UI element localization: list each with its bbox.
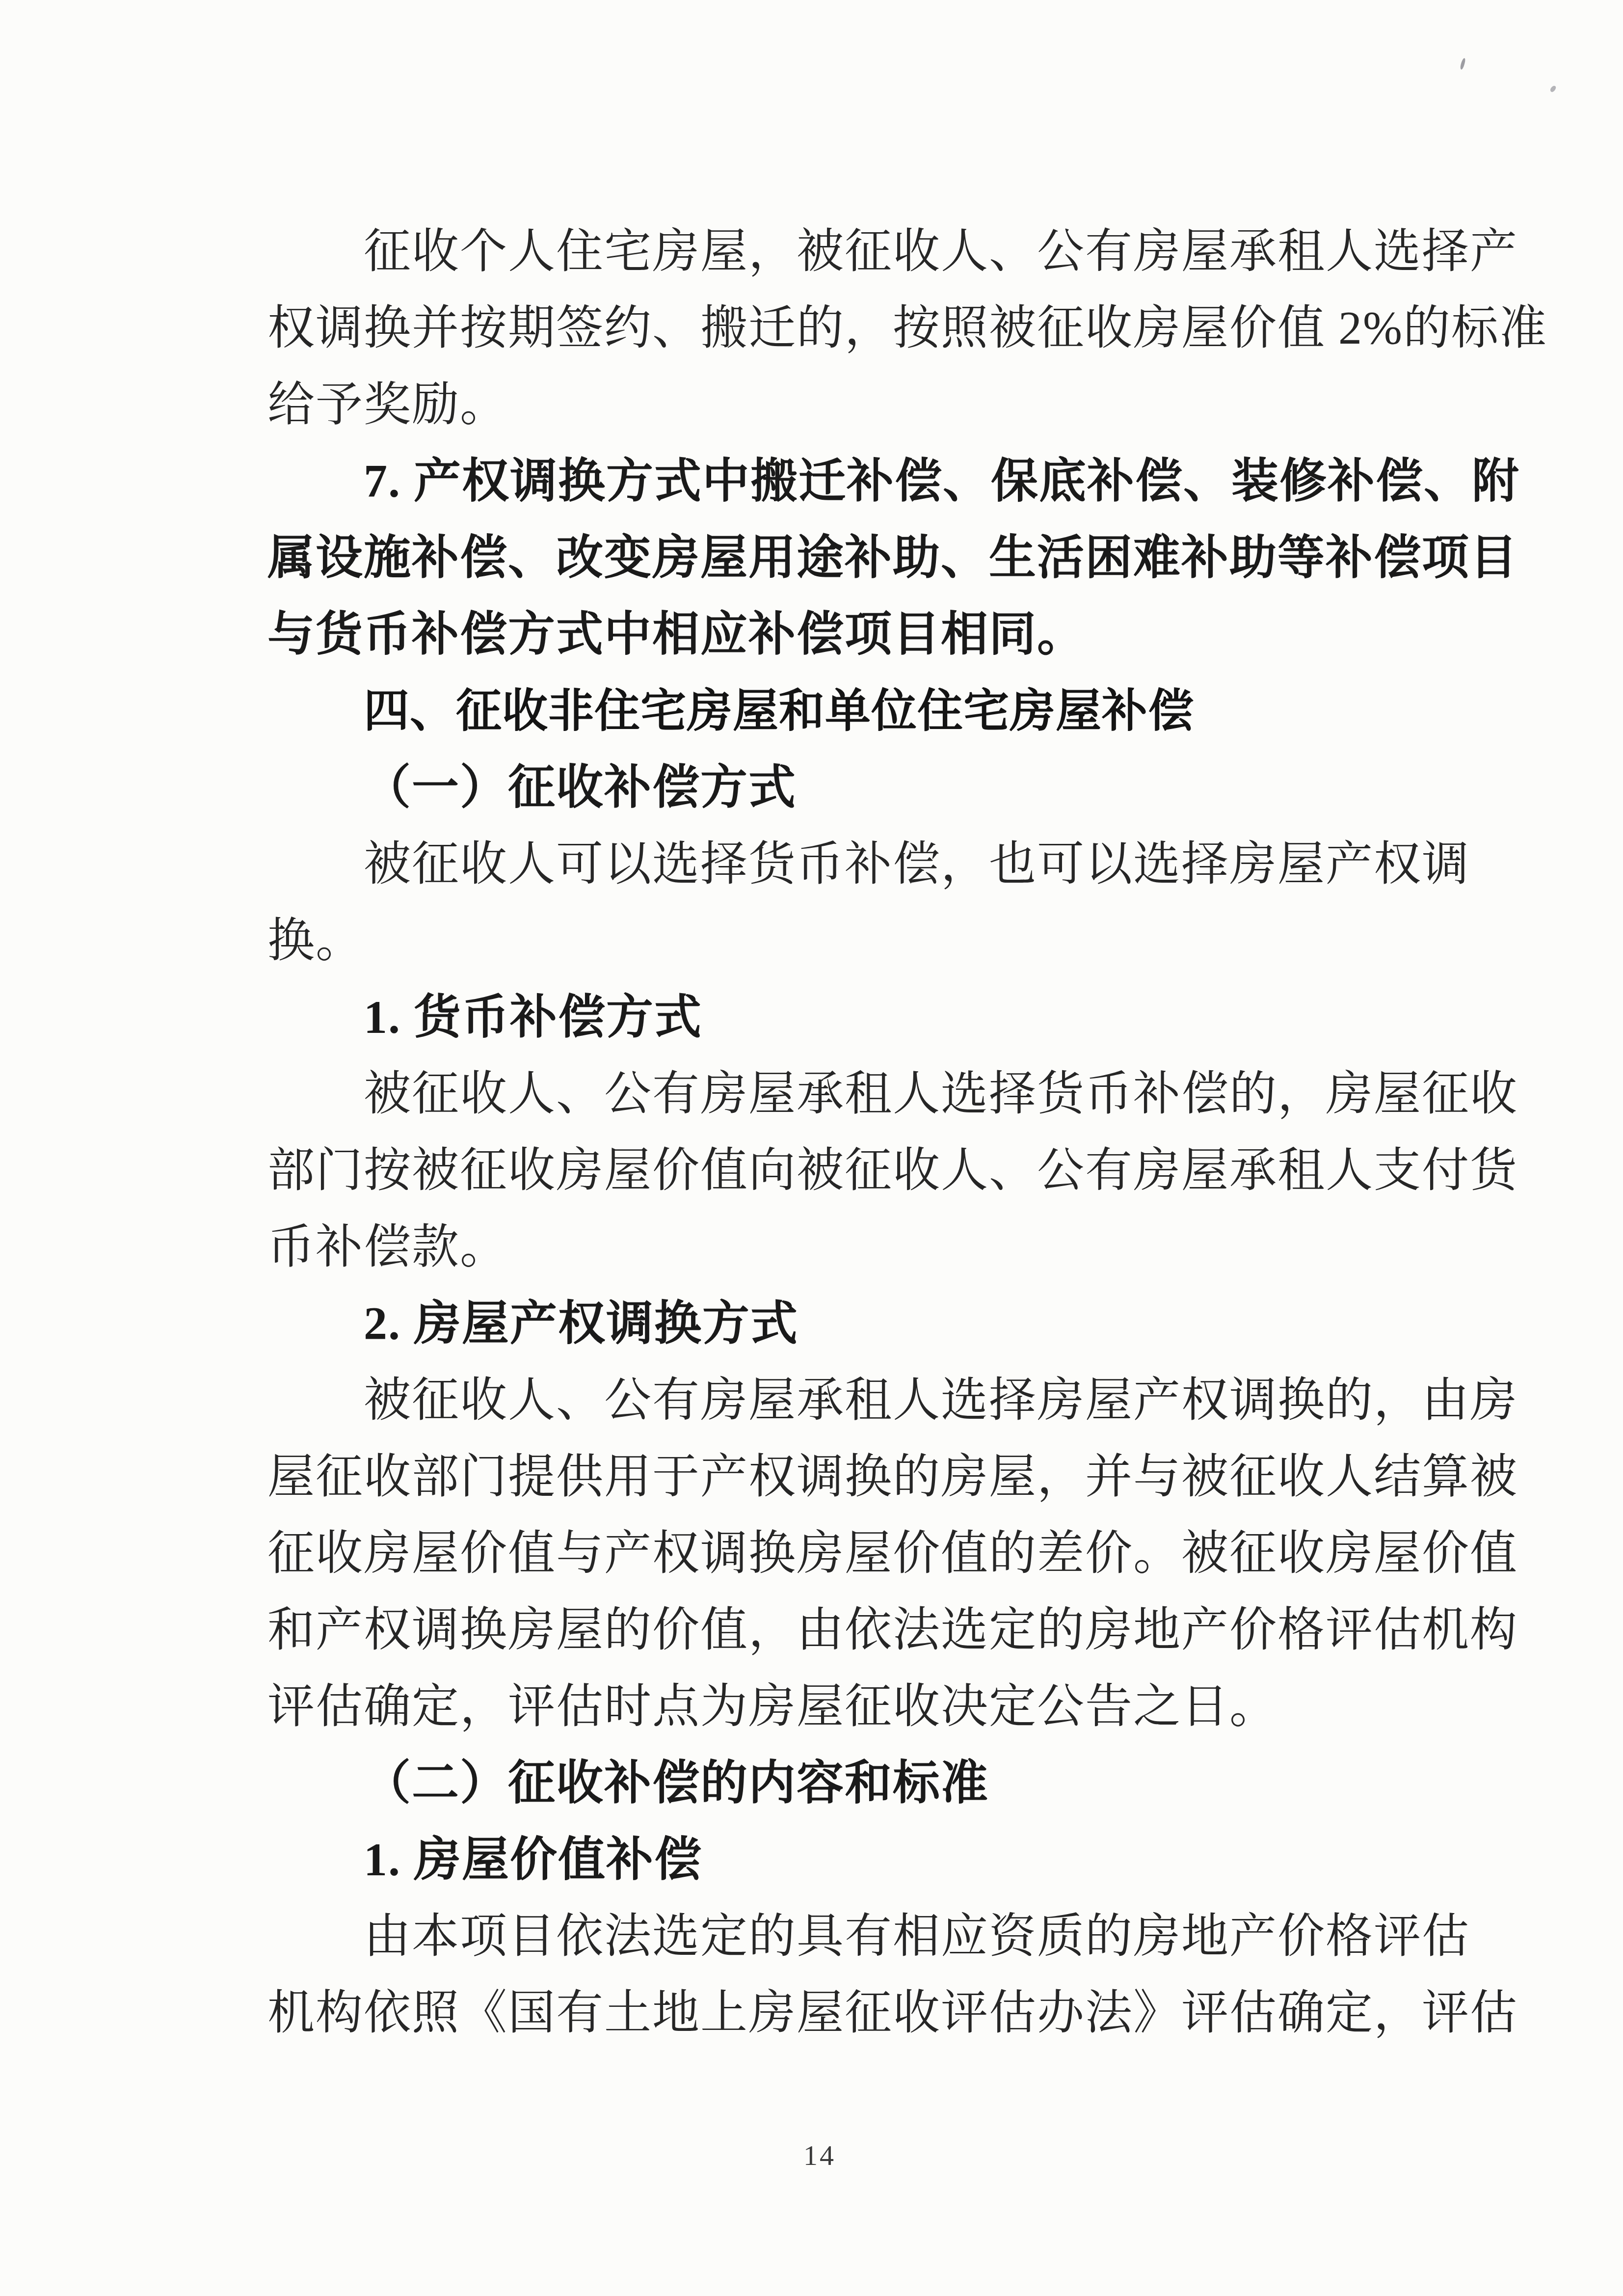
paragraph-line-bold: 7. 产权调换方式中搬迁补偿、保底补偿、装修补偿、附: [267, 443, 1436, 519]
paragraph-line: 被征收人、公有房屋承租人选择货币补偿的，房屋征收: [267, 1055, 1436, 1132]
paragraph-line: 机构依照《国有土地上房屋征收评估办法》评估确定，评估: [267, 1974, 1436, 2051]
sub-heading: （一）征收补偿方式: [267, 749, 1436, 826]
document-body: 征收个人住宅房屋，被征收人、公有房屋承租人选择产 权调换并按期签约、搬迁的，按照…: [267, 213, 1436, 2051]
paragraph-line: 征收个人住宅房屋，被征收人、公有房屋承租人选择产: [267, 213, 1436, 290]
paragraph-line: 换。: [267, 902, 1436, 979]
paragraph-line: 由本项目依法选定的具有相应资质的房地产价格评估: [267, 1898, 1436, 1974]
paragraph-line: 给予奖励。: [267, 366, 1436, 443]
paragraph-line: 权调换并按期签约、搬迁的，按照被征收房屋价值 2%的标准: [267, 290, 1436, 366]
section-heading: 四、征收非住宅房屋和单位住宅房屋补偿: [267, 673, 1436, 749]
numbered-heading: 1. 房屋价值补偿: [267, 1821, 1436, 1898]
paragraph-line: 被征收人可以选择货币补偿，也可以选择房屋产权调: [267, 826, 1436, 902]
document-page: 征收个人住宅房屋，被征收人、公有房屋承租人选择产 权调换并按期签约、搬迁的，按照…: [0, 0, 1623, 2296]
paragraph-line: 被征收人、公有房屋承租人选择房屋产权调换的，由房: [267, 1362, 1436, 1438]
paragraph-line: 评估确定，评估时点为房屋征收决定公告之日。: [267, 1668, 1436, 1745]
numbered-heading: 2. 房屋产权调换方式: [267, 1285, 1436, 1362]
paragraph-line-bold: 与货币补偿方式中相应补偿项目相同。: [267, 596, 1436, 673]
paragraph-line: 征收房屋价值与产权调换房屋价值的差价。被征收房屋价值: [267, 1515, 1436, 1592]
paragraph-line: 屋征收部门提供用于产权调换的房屋，并与被征收人结算被: [267, 1438, 1436, 1515]
numbered-heading: 1. 货币补偿方式: [267, 979, 1436, 1055]
paragraph-line-bold: 属设施补偿、改变房屋用途补助、生活困难补助等补偿项目: [267, 519, 1436, 596]
page-number: 14: [0, 2141, 1623, 2170]
paragraph-line: 币补偿款。: [267, 1209, 1436, 1285]
paragraph-line: 部门按被征收房屋价值向被征收人、公有房屋承租人支付货: [267, 1132, 1436, 1209]
paragraph-line: 和产权调换房屋的价值，由依法选定的房地产价格评估机构: [267, 1592, 1436, 1668]
scan-speck-icon: [1460, 58, 1466, 70]
scan-speck-icon: [1549, 85, 1557, 93]
sub-heading: （二）征收补偿的内容和标准: [267, 1745, 1436, 1821]
